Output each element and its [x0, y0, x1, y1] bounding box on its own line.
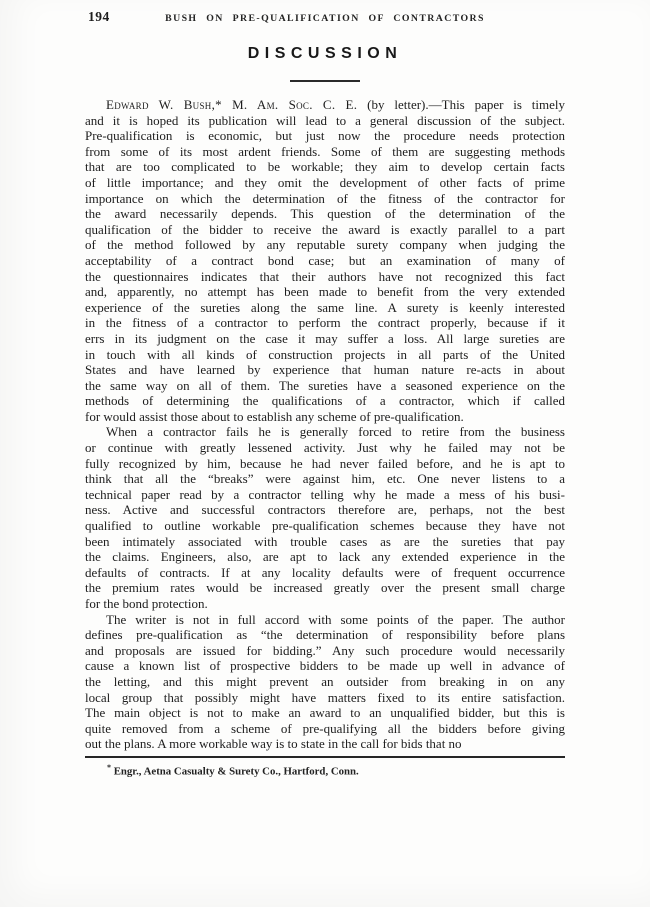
text-line: qualification of the bidder to receive t… [85, 222, 565, 238]
text-line: the letting, and this might prevent an o… [85, 674, 565, 690]
text-line: errs in its judgment on the case it may … [85, 331, 565, 347]
text-line: ness. Active and successful contractors … [85, 502, 565, 518]
text-line: technical paper read by a contractor tel… [85, 487, 565, 503]
text-line: Pre-qualification is economic, but just … [85, 128, 565, 144]
text-line: that are too complicated to be workable;… [85, 159, 565, 175]
text-line: in touch with all kinds of construction … [85, 347, 565, 363]
text-line: or continue with greatly lessened activi… [85, 440, 565, 456]
text-line: Edward W. Bush,* M. Am. Soc. C. E. (by l… [85, 97, 565, 113]
paragraph: When a contractor fails he is generally … [85, 424, 565, 611]
footnote-text: Engr., Aetna Casualty & Surety Co., Hart… [111, 766, 359, 778]
text-line: defines pre-qualification as “the determ… [85, 627, 565, 643]
text-line: for would assist those about to establis… [85, 409, 565, 425]
text-line: the claims. Engineers, also, are apt to … [85, 549, 565, 565]
text-line: The writer is not in full accord with so… [85, 612, 565, 628]
footnote-divider [85, 756, 565, 758]
text-line: qualified to outline workable pre-qualif… [85, 518, 565, 534]
text-line: and it is hoped its publication will lea… [85, 113, 565, 129]
author-name-smallcaps: Edward W. Bush,* M. Am. Soc. C. E. [106, 97, 357, 112]
text-line: cause a known list of prospective bidder… [85, 658, 565, 674]
footnote: * Engr., Aetna Casualty & Surety Co., Ha… [85, 763, 565, 778]
text-line: defaults of contracts. If at any localit… [85, 565, 565, 581]
text-line: acceptability of a contract bond case; b… [85, 253, 565, 269]
paragraph: The writer is not in full accord with so… [85, 612, 565, 752]
text-line: importance on which the determination of… [85, 191, 565, 207]
text-line: the same way on all of them. The suretie… [85, 378, 565, 394]
text-line: the questionnaires indicates that their … [85, 269, 565, 285]
running-header: BUSH ON PRE-QUALIFICATION OF CONTRACTORS [0, 13, 650, 24]
paragraph: Edward W. Bush,* M. Am. Soc. C. E. (by l… [85, 97, 565, 424]
text-line: the award necessarily depends. This ques… [85, 206, 565, 222]
text-line: of the method followed by any reputable … [85, 237, 565, 253]
section-title-divider [290, 80, 360, 82]
text-line: been intimately associated with trouble … [85, 534, 565, 550]
text-line: methods of determining the qualification… [85, 393, 565, 409]
text-line: local group that possibly might have mat… [85, 690, 565, 706]
body-text: Edward W. Bush,* M. Am. Soc. C. E. (by l… [85, 97, 565, 752]
text-line: for the bond protection. [85, 596, 565, 612]
section-title: DISCUSSION [0, 45, 650, 63]
text-line: in the fitness of a contractor to perfor… [85, 315, 565, 331]
text-line: States and have learned by experience th… [85, 362, 565, 378]
text-line: experience of the sureties along the sam… [85, 300, 565, 316]
text-line: of little importance; and they omit the … [85, 175, 565, 191]
text-line: quite removed from a scheme of pre-quali… [85, 721, 565, 737]
text-line: the premium rates would be increased gre… [85, 580, 565, 596]
text-line: The main object is not to make an award … [85, 705, 565, 721]
text-line: When a contractor fails he is generally … [85, 424, 565, 440]
text-line: out the plans. A more workable way is to… [85, 736, 565, 752]
text-line: from some of its most ardent friends. So… [85, 144, 565, 160]
text-line: fully recognized by him, because he had … [85, 456, 565, 472]
text-line: think that all the “breaks” were against… [85, 471, 565, 487]
text-line: and proposals are issued for bidding.” A… [85, 643, 565, 659]
text-line: and, apparently, no attempt has been mad… [85, 284, 565, 300]
